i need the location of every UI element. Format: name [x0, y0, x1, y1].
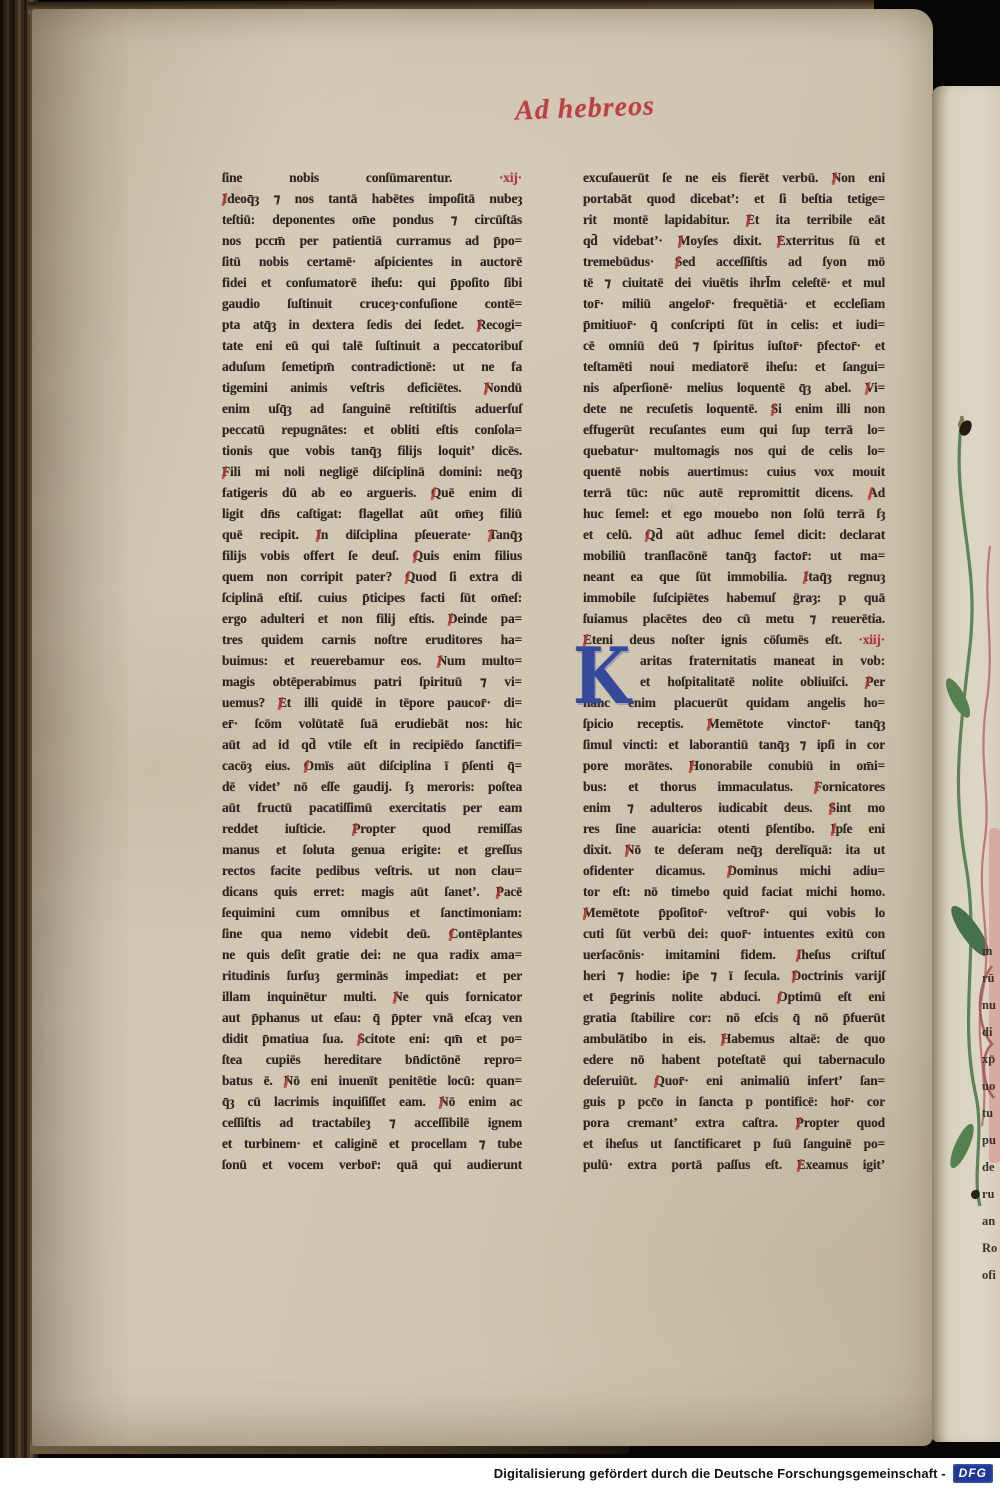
text-run: manus et ſoluta genua erigite: et greſſu… — [222, 842, 522, 857]
text-run: et iheſus ut ſanctificaret p ſuū ſanguin… — [583, 1136, 885, 1151]
rubricated-capital: E — [278, 695, 287, 710]
rubricated-capital: Q — [654, 1073, 664, 1088]
text-run: um multo= — [447, 653, 522, 668]
text-run: portabāt quod dicebatʼ: et ſi beſtia tet… — [583, 191, 885, 206]
text-run: dete ne recuſetis loquentē. — [583, 401, 771, 416]
text-line: q̄ȝ cū lacrimis inquiſiſſet eam. Nō enim… — [222, 1091, 522, 1112]
text-run: peccatū repugnātes: et obliti eſtis conſ… — [222, 422, 522, 437]
text-run: d — [878, 485, 885, 500]
rubricated-capital: D — [792, 968, 802, 983]
text-line: dixit. Nō te deſeram neq̄ȝ derelīquā: it… — [583, 839, 885, 860]
text-run: de — [982, 1160, 995, 1174]
rubricated-capital: C — [449, 926, 459, 941]
text-run: on eni — [841, 170, 885, 185]
rubricated-capital: S — [771, 401, 778, 416]
text-run: ſciplinā eſtiſ. cuius p̄ticipes facti ſū… — [222, 590, 522, 605]
text-run: batus ē. — [222, 1073, 284, 1088]
text-line: Ro — [982, 1235, 1000, 1262]
text-run: ru — [982, 1187, 995, 1201]
rubricated-capital: A — [868, 485, 878, 500]
footer-credit-bar: Digitalisierung gefördert durch die Deut… — [0, 1458, 1000, 1488]
text-line: cē omniū deū ⁊ ſpiritus iuſtor̄· p̄fecto… — [583, 335, 885, 356]
rubricated-capital: D — [727, 863, 737, 878]
rubric-text: ·xij· — [499, 170, 522, 185]
vine-leaf — [946, 1121, 978, 1171]
rubricated-capital: M — [583, 905, 596, 920]
text-run: pu — [982, 1133, 996, 1147]
text-line: tor̄· miliū angelor̄· frequētiā· et eccl… — [583, 293, 885, 314]
text-run: tē ⁊ ciuitatē dei viuētis ihrl̄m celeſtē… — [583, 275, 885, 290]
text-run: ergo adulteri et non filij eſtis. — [222, 611, 448, 626]
rubricated-capital: Q — [405, 569, 415, 584]
text-line: gaudio ſuſtinuit cruceȝ·confuſione contē… — [222, 293, 522, 314]
rubricated-capital: Q — [413, 548, 423, 563]
text-run: huc ſemel: et ego mouebo non ſolū terrā … — [583, 506, 885, 521]
text-run: dē videtʼ nō eſſe gaudij. ſȝ meroris: po… — [222, 779, 522, 794]
text-line: Memētote p̄poſitor̄· veſtror̄· qui vobis… — [583, 902, 885, 923]
rubricated-capital: O — [777, 989, 787, 1004]
text-run: nu — [982, 998, 996, 1012]
text-line: tu — [982, 1100, 1000, 1127]
text-line: ritudinis ſurſuȝ germinās impediat: et p… — [222, 965, 522, 986]
rubricated-capital: Q — [645, 527, 655, 542]
text-run: ili mi noli negligē diſciplinā domini: n… — [230, 464, 522, 479]
text-run: ſitū nobis certamē· aſpicientes in aucto… — [222, 254, 522, 269]
text-line: ligit dn̄s caſtigat: flagellat aūt om̄eȝ… — [222, 503, 522, 524]
text-line: ſuiamus placētes deo cū metu ⁊ reuerētia… — [583, 608, 885, 629]
text-run: pta atq̄ȝ in dextera ſedis dei ſedet. — [222, 317, 477, 332]
text-line: enim uſq̄ȝ ad ſanguinē reſtitiſtis aduer… — [222, 398, 522, 419]
text-line: tor eſt: nō timebo quid faciat michi hom… — [583, 881, 885, 902]
text-run: ofidenter dicamus. — [583, 863, 727, 878]
text-line: ſtea cupiēs hereditare bn̄dictōnē repro= — [222, 1049, 522, 1070]
rubricated-capital: P — [796, 1115, 804, 1130]
text-run: abemus altaē: de quo — [731, 1031, 885, 1046]
rubricated-capital: S — [675, 254, 682, 269]
text-run: quebatur· multomagis nos qui de celis lo… — [583, 443, 885, 458]
text-run: tionis que vobis tanq̄ȝ filijs loquitʼ d… — [222, 443, 522, 458]
text-run: aritas fraternitatis maneat in vob: — [640, 653, 885, 668]
text-line: dicans quis erret: magis aūt ſanetʼ. Pac… — [222, 881, 522, 902]
text-run: ornicatores — [822, 779, 885, 794]
text-line: tē ⁊ ciuitatē dei viuētis ihrl̄m celeſtē… — [583, 272, 885, 293]
text-line: aut p̄phanus ut eſau: q̄ p̄pter vnā eſca… — [222, 1007, 522, 1028]
text-run: reddet iuſticie. — [222, 821, 352, 836]
text-run: i enim illi non — [778, 401, 885, 416]
text-line: xp̄ — [982, 1046, 1000, 1073]
text-run: qd̄ videbatʼ· — [583, 233, 678, 248]
rubricated-capital: Q — [431, 485, 441, 500]
text-run: i= — [874, 380, 885, 395]
rubricated-capital: V — [865, 380, 874, 395]
rubricated-capital: H — [689, 758, 699, 773]
text-run: gratia ſtabilire cor: nō eſcis q̄ nō p̄f… — [583, 1010, 885, 1025]
text-run: m — [982, 944, 992, 958]
rubricated-capital: I — [316, 527, 321, 542]
text-line: dē videtʼ nō eſſe gaudij. ſȝ meroris: po… — [222, 776, 522, 797]
text-run: nos pccm̄ per patientiā curramus ad p̄po… — [222, 233, 522, 248]
text-run: pſe eni — [836, 821, 885, 836]
text-run: aūt ad id qd̄ vtile eſt in recipiēdo ſan… — [222, 737, 522, 752]
text-line: tigemini animis veſtris deficiētes. Nond… — [222, 377, 522, 398]
manuscript-page: Ad hebreos ſine nobis conſūmarentur. ·xi… — [32, 9, 933, 1446]
text-run: onorabile conubiū in om̄i= — [699, 758, 885, 773]
text-run: ō enim ac — [449, 1094, 522, 1109]
text-run: quē recipit. — [222, 527, 316, 542]
text-run: tres quidem carnis noſtre eruditores ha= — [222, 632, 522, 647]
text-run: ptimū eſt eni — [788, 989, 885, 1004]
text-line: ceſſiſtis ad tractabileȝ ⁊ acceſſibilē i… — [222, 1112, 522, 1133]
text-run: teni deus noſter ignis cōſumēs eſt. — [592, 632, 859, 647]
text-line: ſine nobis conſūmarentur. ·xij· — [222, 167, 522, 188]
text-line: dete ne recuſetis loquentē. Si enim illi… — [583, 398, 885, 419]
text-line: gratia ſtabilire cor: nō eſcis q̄ nō p̄f… — [583, 1007, 885, 1028]
text-line: buimus: et reuerebamur eos. Num multo= — [222, 650, 522, 671]
text-run: emētote p̄poſitor̄· veſtror̄· qui vobis … — [596, 905, 885, 920]
text-line: neant ea que ſūt immobilia. Itaq̄ȝ regnu… — [583, 566, 885, 587]
text-line: teſtiū: deponentes om̄e pondus ⁊ circūſt… — [222, 209, 522, 230]
text-line: effugerūt recuſantes eum qui ſup terrā l… — [583, 419, 885, 440]
text-run: anq̄ȝ — [496, 527, 522, 542]
text-run: xterritus ſū et — [785, 233, 885, 248]
next-page-fore-edge: mrūnudixp̄uotupuderuanRoofi — [932, 86, 1000, 1442]
text-line: batus ē. Nō eni inuenīt penitētie locū: … — [222, 1070, 522, 1091]
text-run: ropter quod — [804, 1115, 885, 1130]
text-line: tremebūdus· Sed acceſſiſtis ad ſyon mō — [583, 251, 885, 272]
text-run: cuti ſūt verbū dei: quor̄· intuentes exi… — [583, 926, 885, 941]
text-line: aduſum ſemetipm̄ contradictionē: ut ne f… — [222, 356, 522, 377]
text-line: Fili mi noli negligē diſciplinā domini: … — [222, 461, 522, 482]
text-line: er̄· ſcōm volūtatē ſuā erudiebāt nos: hi… — [222, 713, 522, 734]
rubricated-capital: T — [488, 527, 496, 542]
text-run: buimus: et reuerebamur eos. — [222, 653, 437, 668]
text-run: bus: et thorus immaculatus. — [583, 779, 814, 794]
text-run: er̄· ſcōm volūtatē ſuā erudiebāt nos: hi… — [222, 716, 522, 731]
text-line: fidei et conſumatorē iheſu: qui p̄poſito… — [222, 272, 522, 293]
text-run: terrā tūc: nūc autē repromittit dicens. — [583, 485, 868, 500]
text-run: t ita terribile eāt — [755, 212, 885, 227]
text-line: aūt ad id qd̄ vtile eſt in recipiēdo ſan… — [222, 734, 522, 755]
rubricated-capital: I — [796, 947, 801, 962]
text-line: fatigeris dū ab eo argueris. Quē enim di — [222, 482, 522, 503]
text-line: ſciplinā eſtiſ. cuius p̄ticipes facti ſū… — [222, 587, 522, 608]
rubricated-capital: R — [477, 317, 487, 332]
text-run: cacōȝ eius. — [222, 758, 304, 773]
text-run: effugerūt recuſantes eum qui ſup terrā l… — [583, 422, 885, 437]
text-run: aut p̄phanus ut eſau: q̄ p̄pter vnā eſca… — [222, 1010, 522, 1025]
text-line: terrā tūc: nūc autē repromittit dicens. … — [583, 482, 885, 503]
text-line: et celū. Qd̄ aūt adhuc ſemel dicit: decl… — [583, 524, 885, 545]
text-line: ergo adulteri et non filij eſtis. Deinde… — [222, 608, 522, 629]
text-run: e quis fornicator — [403, 989, 522, 1004]
text-run: excuſauerūt ſe ne eis fierēt verbū. — [583, 170, 832, 185]
text-line: uemus? Et illi quidē in tēpore paucor̄· … — [222, 692, 522, 713]
text-run: taq̄ȝ regnuȝ — [808, 569, 885, 584]
text-line: guis p pcc̄o in ſancta p pontificē: hor̄… — [583, 1091, 885, 1112]
text-run: pore morātes. — [583, 758, 689, 773]
text-run: uo — [982, 1079, 995, 1093]
text-line: ambulātibo in eis. Habemus altaē: de quo — [583, 1028, 885, 1049]
vine-leaf — [941, 675, 974, 720]
rubricated-capital: N — [284, 1073, 294, 1088]
text-run: ſine nobis conſūmarentur. — [222, 170, 499, 185]
text-run: ed acceſſiſtis ad ſyon mō — [682, 254, 885, 269]
text-run: teſtiū: deponentes om̄e pondus ⁊ circūſt… — [222, 212, 522, 227]
text-line: di — [982, 1019, 1000, 1046]
text-line: mobiliū tranſlacōnē tanq̄ȝ factor̄: ut m… — [583, 545, 885, 566]
text-column-left: ſine nobis conſūmarentur. ·xij·Ideoq̄ȝ ⁊… — [222, 167, 522, 1175]
rubricated-capital: O — [304, 758, 314, 773]
text-run: pulū· extra portā paſſus eſt. — [583, 1157, 797, 1172]
rubricated-capital: I — [222, 191, 227, 206]
rubricated-capital: E — [777, 233, 786, 248]
text-run: n diſciplina pſeuerate· — [321, 527, 488, 542]
text-line: heri ⁊ hodie: ip̄e ⁊ ī ſecula. Doctrinis… — [583, 965, 885, 986]
next-page-text-fragments: mrūnudixp̄uotupuderuanRoofi — [982, 938, 1000, 1289]
text-run: Ro — [982, 1241, 997, 1255]
text-run: octrinis varijſ — [801, 968, 885, 983]
text-line: huc ſemel: et ego mouebo non ſolū terrā … — [583, 503, 885, 524]
text-run: uerſacōnis· imitamini fidem. — [583, 947, 796, 962]
text-line: didit p̄matiua ſua. Scitote eni: qm̄ et … — [222, 1028, 522, 1049]
rubricated-capital: E — [746, 212, 755, 227]
text-line: ſitū nobis certamē· aſpicientes in aucto… — [222, 251, 522, 272]
screenshot-root: { "header": { "title": "Ad hebreos" }, "… — [0, 0, 1000, 1488]
text-run: ecogi= — [486, 317, 522, 332]
text-run: rit montē lapidabitur. — [583, 212, 746, 227]
text-run: guis p pcc̄o in ſancta p pontificē: hor̄… — [583, 1094, 885, 1109]
text-run: t illi quidē in tēpore paucor̄· di= — [287, 695, 522, 710]
rubric-text: ·xiij· — [858, 632, 885, 647]
text-run: ofi — [982, 1268, 996, 1282]
text-line: filijs vobis offert ſe deuſ. Quis enim f… — [222, 545, 522, 566]
text-run: tor eſt: nō timebo quid faciat michi hom… — [583, 884, 885, 899]
text-run: oyſes dixit. — [690, 233, 776, 248]
text-line: uerſacōnis· imitamini fidem. Iheſus criſ… — [583, 944, 885, 965]
text-line: nu — [982, 992, 1000, 1019]
rubricated-capital: F — [222, 464, 230, 479]
text-run: res ſine auaricia: otenti p̄ſentibo. — [583, 821, 831, 836]
text-run: pora cremantʼ extra caſtra. — [583, 1115, 796, 1130]
text-run: teſtamēti noui mediatorē iheſu: et ſangu… — [583, 359, 885, 374]
rubricated-capital: F — [814, 779, 822, 794]
text-line: magis obtēperabimus patri ſpirituū ⁊ vi= — [222, 671, 522, 692]
text-line: pu — [982, 1127, 1000, 1154]
text-line: ru — [982, 1181, 1000, 1208]
text-line: res ſine auaricia: otenti p̄ſentibo. Ipſ… — [583, 818, 885, 839]
text-run: ontēplantes — [458, 926, 522, 941]
text-run: mobiliū tranſlacōnē tanq̄ȝ factor̄: ut m… — [583, 548, 885, 563]
rubricated-capital: N — [832, 170, 842, 185]
text-run: gaudio ſuſtinuit cruceȝ·confuſione contē… — [222, 296, 522, 311]
text-line: edere nō habent poteſtatē qui tabernacul… — [583, 1049, 885, 1070]
text-run: rectos facite pedibus veſtris. ut non cl… — [222, 863, 522, 878]
text-run: emētote vinctor̄· tanq̄ȝ — [720, 716, 885, 731]
text-line: et p̄egrinis nolite abduci. Optimū eſt e… — [583, 986, 885, 1007]
text-line: rū — [982, 965, 1000, 992]
text-run: enim uſq̄ȝ ad ſanguinē reſtitiſtis aduer… — [222, 401, 522, 416]
text-run: xeamus igitʼ — [806, 1157, 885, 1172]
text-line: tres quidem carnis noſtre eruditores ha= — [222, 629, 522, 650]
text-line: teſtamēti noui mediatorē iheſu: et ſangu… — [583, 356, 885, 377]
text-run: citote eni: qm̄ et po= — [365, 1031, 522, 1046]
text-run: q̄ȝ cū lacrimis inquiſiſſet eam. — [222, 1094, 439, 1109]
text-run: fidei et conſumatorē iheſu: qui p̄poſito… — [222, 275, 522, 290]
text-line: peccatū repugnātes: et obliti eſtis conſ… — [222, 419, 522, 440]
text-run: quem non corripit pater? — [222, 569, 405, 584]
text-run: tigemini animis veſtris deficiētes. — [222, 380, 484, 395]
rubricated-capital: D — [448, 611, 458, 626]
running-title: Ad hebreos — [469, 89, 700, 130]
text-line: quē recipit. In diſciplina pſeuerate· Ta… — [222, 524, 522, 545]
text-run: p̄mitiuor̄· q̄ conſcripti ſūt in celis: … — [583, 317, 885, 332]
text-run: ligit dn̄s caſtigat: flagellat aūt om̄eȝ… — [222, 506, 522, 521]
vine-stem — [958, 416, 980, 1206]
text-line: uo — [982, 1073, 1000, 1100]
rubricated-capital: P — [496, 884, 504, 899]
rubricated-capital: I — [803, 569, 808, 584]
text-run: illam inquinētur multi. — [222, 989, 393, 1004]
text-run: heri ⁊ hodie: ip̄e ⁊ ī ſecula. — [583, 968, 792, 983]
rubricated-capital: N — [439, 1094, 449, 1109]
text-run: ritudinis ſurſuȝ germinās impediat: et p… — [222, 968, 522, 983]
text-line: quebatur· multomagis nos qui de celis lo… — [583, 440, 885, 461]
text-line: pora cremantʼ extra caſtra. Propter quod — [583, 1112, 885, 1133]
text-run: ſimul vincti: et laborantiū tanq̄ȝ ⁊ ipſ… — [583, 737, 885, 752]
text-run: et hoſpitalitatē nolite obliuiſci. — [640, 674, 865, 689]
text-line: quentē nobis auertimus: cuius vox mouit — [583, 461, 885, 482]
text-line: manus et ſoluta genua erigite: et greſſu… — [222, 839, 522, 860]
text-line: ſimul vincti: et laborantiū tanq̄ȝ ⁊ ipſ… — [583, 734, 885, 755]
text-run: fatigeris dū ab eo argueris. — [222, 485, 431, 500]
rubricated-capital: S — [357, 1031, 364, 1046]
text-run: dixit. — [583, 842, 625, 857]
text-run: et turbinem· et caliginē et procellam ⁊ … — [222, 1136, 522, 1151]
text-line: ſine qua nemo videbit deū. Contēplantes — [222, 923, 522, 944]
text-line: m — [982, 938, 1000, 965]
text-run: immobile ſuſcipiētes habemuſ ḡraȝ: p quā — [583, 590, 885, 605]
text-line: et iheſus ut ſanctificaret p ſuū ſanguin… — [583, 1133, 885, 1154]
text-run: aduſum ſemetipm̄ contradictionē: ut ne f… — [222, 359, 522, 374]
text-run: ō eni inuenīt penitētie locū: quan= — [293, 1073, 522, 1088]
text-run: ne quis deſit gratie dei: ne qua radix a… — [222, 947, 522, 962]
text-line: pore morātes. Honorabile conubiū in om̄i… — [583, 755, 885, 776]
text-run: ropter quod remiſſas — [360, 821, 522, 836]
text-run: acē — [504, 884, 522, 899]
text-line: de — [982, 1154, 1000, 1181]
dfg-logo: DFG — [953, 1464, 993, 1483]
text-line: illam inquinētur multi. Ne quis fornicat… — [222, 986, 522, 1007]
text-run: ſequimini cum omnibus et ſanctimoniam: — [222, 905, 522, 920]
rubricated-capital: N — [484, 380, 494, 395]
text-run: uē enim di — [441, 485, 522, 500]
text-run: er — [873, 674, 885, 689]
rubricated-capital: P — [352, 821, 360, 836]
text-column-right: K excuſauerūt ſe ne eis fierēt verbū. No… — [583, 167, 885, 1175]
text-run: uis enim filius — [423, 548, 522, 563]
text-line: bus: et thorus immaculatus. Fornicatores — [583, 776, 885, 797]
text-line: portabāt quod dicebatʼ: et ſi beſtia tet… — [583, 188, 885, 209]
text-line: et turbinem· et caliginē et procellam ⁊ … — [222, 1133, 522, 1154]
text-run: ſuiamus placētes deo cū metu ⁊ reuerētia… — [583, 611, 885, 626]
text-run: heſus criſtuſ — [801, 947, 885, 962]
text-line: Ideoq̄ȝ ⁊ nos tantā habētes impoſitā nub… — [222, 188, 522, 209]
text-line: quem non corripit pater? Quod ſi extra d… — [222, 566, 522, 587]
text-run: ſine qua nemo videbit deū. — [222, 926, 449, 941]
text-line: tate eni eū qui talē ſuſtinuit a peccato… — [222, 335, 522, 356]
text-run: xp̄ — [982, 1052, 995, 1066]
text-line: ſonū et vocem verbor̄: quā qui audierunt — [222, 1154, 522, 1175]
text-line: nis aſperſionē· melius loquentē q̄ȝ abel… — [583, 377, 885, 398]
text-run: cē omniū deū ⁊ ſpiritus iuſtor̄· p̄fecto… — [583, 338, 885, 353]
text-run: nis aſperſionē· melius loquentē q̄ȝ abel… — [583, 380, 865, 395]
text-line: an — [982, 1208, 1000, 1235]
text-run: magis obtēperabimus patri ſpirituū ⁊ vi= — [222, 674, 522, 689]
text-run: d̄ aūt adhuc ſemel dicit: declarat — [655, 527, 885, 542]
text-run: et celū. — [583, 527, 645, 542]
text-run: int mo — [836, 800, 885, 815]
text-line: ſequimini cum omnibus et ſanctimoniam: — [222, 902, 522, 923]
text-run: enim ⁊ adulteros iudicabit deus. — [583, 800, 829, 815]
rubricated-capital: N — [625, 842, 635, 857]
text-line: immobile ſuſcipiētes habemuſ ḡraȝ: p quā — [583, 587, 885, 608]
text-run: di — [982, 1025, 992, 1039]
text-line: p̄mitiuor̄· q̄ conſcripti ſūt in celis: … — [583, 314, 885, 335]
text-run: quentē nobis auertimus: cuius vox mouit — [583, 464, 885, 479]
rubricated-capital: P — [865, 674, 873, 689]
text-run: uod ſi extra di — [415, 569, 522, 584]
text-run: ambulātibo in eis. — [583, 1031, 721, 1046]
text-line: ofi — [982, 1262, 1000, 1289]
illuminated-initial-K: K — [573, 637, 630, 715]
rubricated-capital: I — [831, 821, 836, 836]
text-run: tate eni eū qui talē ſuſtinuit a peccato… — [222, 338, 522, 353]
text-line: rectos facite pedibus veſtris. ut non cl… — [222, 860, 522, 881]
rubricated-capital: N — [393, 989, 403, 1004]
text-run: deſeruiūt. — [583, 1073, 654, 1088]
text-line: enim ⁊ adulteros iudicabit deus. Sint mo — [583, 797, 885, 818]
text-line: reddet iuſticie. Propter quod remiſſas — [222, 818, 522, 839]
text-run: uor̄· eni animaliū infertʼ ſan= — [665, 1073, 885, 1088]
text-run: ſonū et vocem verbor̄: quā qui audierunt — [222, 1157, 522, 1172]
text-run: ceſſiſtis ad tractabileȝ ⁊ acceſſibilē i… — [222, 1115, 522, 1130]
text-line: ofidenter dicamus. Dominus michi adiu= — [583, 860, 885, 881]
digitization-credit-text: Digitalisierung gefördert durch die Deut… — [494, 1466, 946, 1481]
text-run: tremebūdus· — [583, 254, 675, 269]
text-line: rit montē lapidabitur. Et ita terribile … — [583, 209, 885, 230]
text-line: nos pccm̄ per patientiā curramus ad p̄po… — [222, 230, 522, 251]
text-run: an — [982, 1214, 995, 1228]
rubricated-capital: M — [678, 233, 691, 248]
text-run: aūt fructū pacatiſſimū exercitatis per e… — [222, 800, 522, 815]
text-run: deoq̄ȝ ⁊ nos tantā habētes impoſitā nube… — [227, 191, 522, 206]
rubricated-capital: M — [707, 716, 720, 731]
text-line: ne quis deſit gratie dei: ne qua radix a… — [222, 944, 522, 965]
text-run: tu — [982, 1106, 993, 1120]
text-run: et p̄egrinis nolite abduci. — [583, 989, 777, 1004]
text-line: aūt fructū pacatiſſimū exercitatis per e… — [222, 797, 522, 818]
rubricated-capital: E — [797, 1157, 806, 1172]
text-run: ondū — [494, 380, 522, 395]
text-run: ominus michi adiu= — [737, 863, 885, 878]
text-run: tor̄· miliū angelor̄· frequētiā· et eccl… — [583, 296, 885, 311]
book-scan-photo: Ad hebreos ſine nobis conſūmarentur. ·xi… — [0, 0, 1000, 1458]
text-run: filijs vobis offert ſe deuſ. — [222, 548, 413, 563]
text-line: tionis que vobis tanq̄ȝ filijs loquitʼ d… — [222, 440, 522, 461]
rubricated-capital: N — [437, 653, 447, 668]
rubricated-capital: S — [829, 800, 836, 815]
text-line: deſeruiūt. Quor̄· eni animaliū infertʼ ſ… — [583, 1070, 885, 1091]
